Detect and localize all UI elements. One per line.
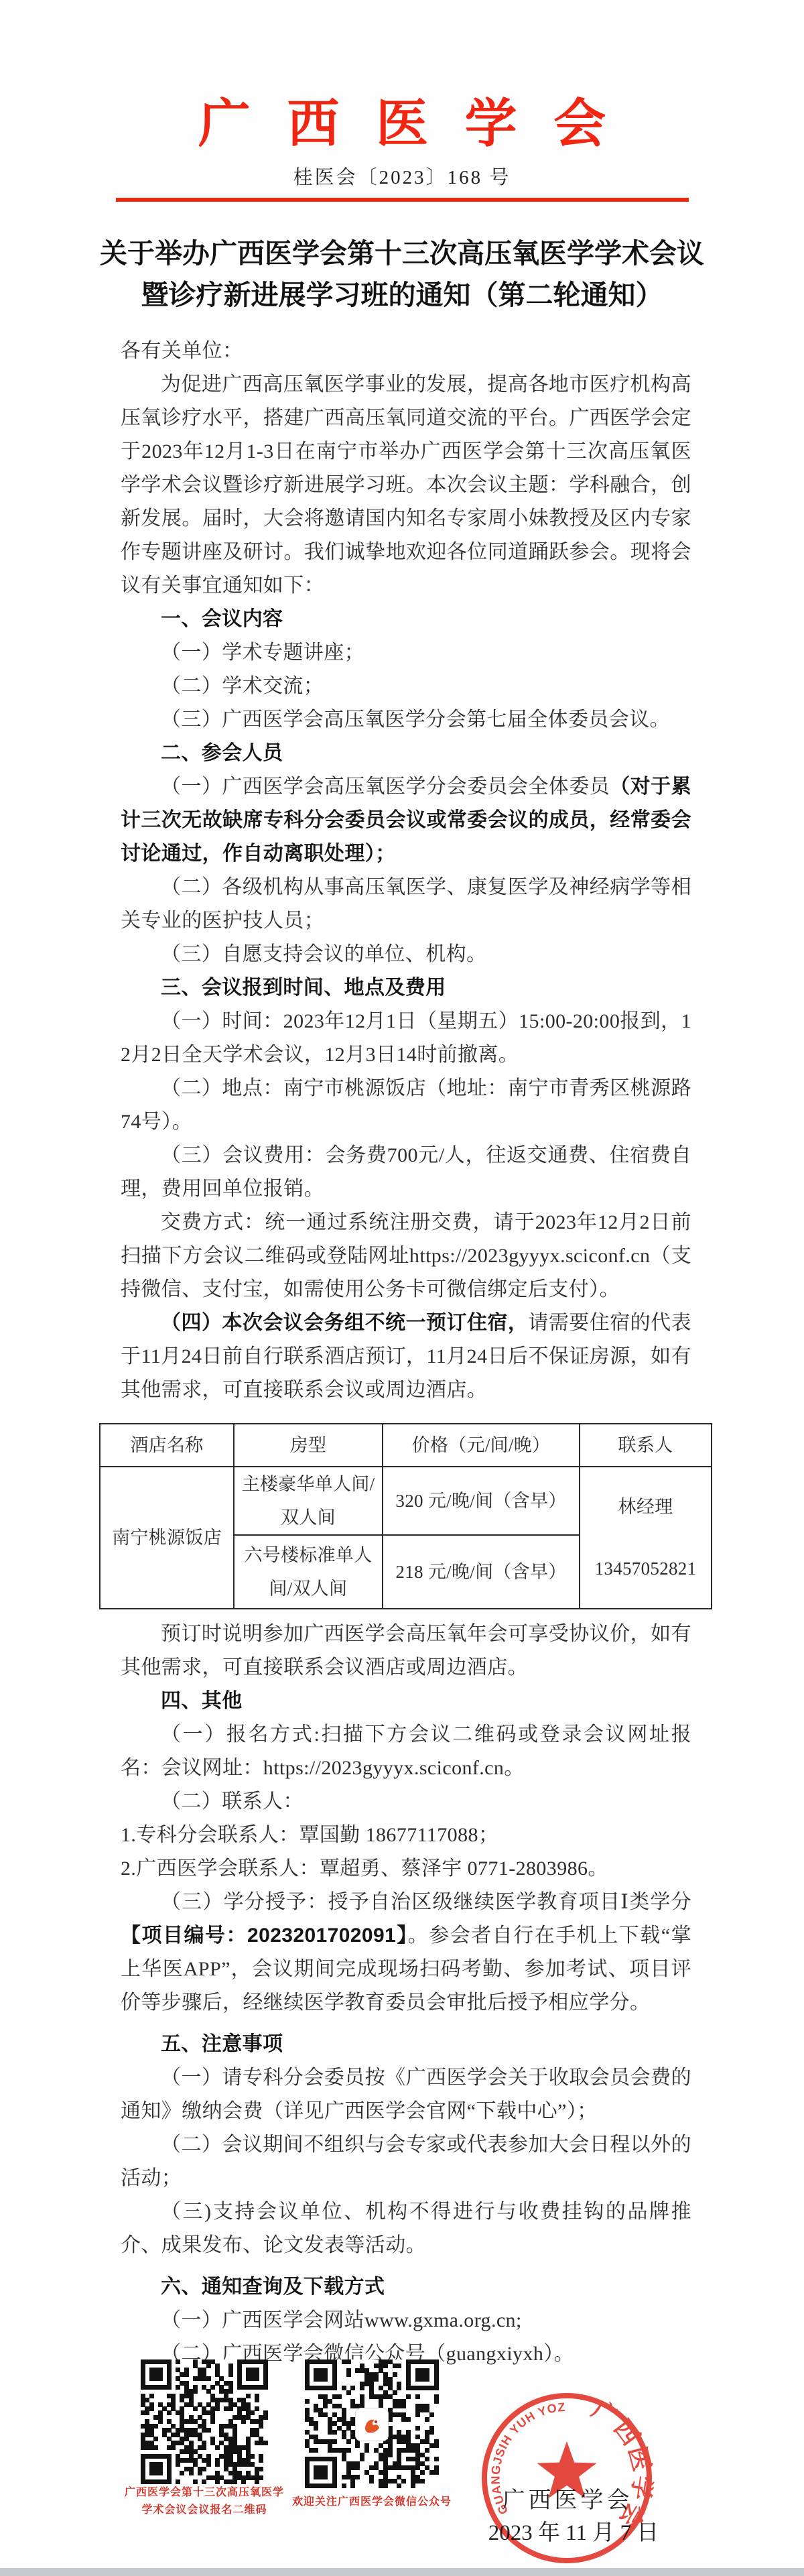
price-cell: 320 元/晚/间（含早） <box>383 1467 580 1535</box>
paragraph: 为促进广西高压氧医学事业的发展，提高各地市医疗机构高压氧诊疗水平，搭建广西高压氧… <box>121 368 691 603</box>
paragraph: （二）会议期间不组织与会专家或代表参加大会日程以外的活动； <box>121 2128 691 2195</box>
paragraph: （三）会议费用：会务费700元/人，往返交通费、住宿费自理，费用回单位报销。 <box>121 1139 691 1206</box>
paragraph: （三)支持会议单位、机构不得进行与收费挂钩的品牌推介、成果发布、论文发表等活动。 <box>121 2195 691 2262</box>
section-heading: 五、注意事项 <box>121 2028 691 2061</box>
hotel-name-cell: 南宁桃源饭店 <box>100 1467 234 1609</box>
text-run: 五、注意事项 <box>161 2033 283 2055</box>
document-body: 各有关单位：为促进广西高压氧医学事业的发展，提高各地市医疗机构高压氧诊疗水平，搭… <box>121 334 691 2371</box>
text-run: 2.广西医学会联系人：覃超勇、蔡泽宇 0771-2803986。 <box>121 1857 608 1880</box>
paragraph: （一）报名方式:扫描下方会议二维码或登录会议网址报名：会议网址：https://… <box>121 1718 691 1785</box>
bold-text-run: （四）本次会议会务组不统一预订住宿， <box>161 1312 528 1334</box>
text-run: （三)支持会议单位、机构不得进行与收费挂钩的品牌推介、成果发布、论文发表等活动。 <box>121 2201 691 2256</box>
text-run: （一）报名方式:扫描下方会议二维码或登录会议网址报名：会议网址：https://… <box>121 1723 691 1779</box>
text-run: （一）时间：2023年12月1日（星期五）15:00-20:00报到，12月2日… <box>121 1010 691 1066</box>
page-bottom-bar <box>0 2568 804 2576</box>
paragraph: 2.广西医学会联系人：覃超勇、蔡泽宇 0771-2803986。 <box>121 1852 691 1886</box>
text-run: （一）学术专题讲座； <box>161 641 364 664</box>
contact-cell: 林经理13457052821 <box>580 1467 712 1609</box>
text-run: 一、会议内容 <box>161 608 283 630</box>
stamp-star-icon <box>537 2441 596 2498</box>
paragraph: （二）学术交流； <box>121 670 691 703</box>
paragraph: （二）联系人： <box>121 1785 691 1819</box>
wechat-qr-caption: 欢迎关注广西医学会微信公众号 <box>271 2494 472 2511</box>
price-cell: 218 元/晚/间（含早） <box>383 1535 580 1609</box>
text-run: （三）自愿支持会议的单位、机构。 <box>161 943 486 965</box>
text-run: （三）学分授予：授予自治区级继续医学教育项目Ⅰ类学分 <box>161 1891 691 1913</box>
paragraph: （二）各级机构从事高压氧医学、康复医学及神经病学等相关专业的医护技人员； <box>121 871 691 938</box>
section-heading: 二、参会人员 <box>121 737 691 770</box>
text-run: 交费方式：统一通过系统注册交费，请于2023年12月2日前扫描下方会议二维码或登… <box>121 1211 691 1300</box>
notice-title-line2: 暨诊疗新进展学习班的通知（第二轮通知） <box>0 274 804 316</box>
paragraph: 预订时说明参加广西医学会高压氧年会可享受协议价，如有其他需求，可直接联系会议酒店… <box>121 1617 691 1684</box>
room-type-cell: 六号楼标准单人间/双人间 <box>234 1535 383 1609</box>
document-footer: 广西医学会第十三次高压氧医学 学术会议会议报名二维码 欢迎关注广西医学会微信公众… <box>0 2346 804 2576</box>
room-type-cell: 主楼豪华单人间/双人间 <box>234 1467 383 1535</box>
official-seal-stamp: GUANGJSIH YUH YOZVEI 广西医学会 <box>479 2390 655 2566</box>
letterhead-org-title: 广西医学会 <box>0 0 804 150</box>
paragraph: （三）学分授予：授予自治区级继续医学教育项目Ⅰ类学分【项目编号：20232017… <box>121 1886 691 2020</box>
table-header-cell: 酒店名称 <box>100 1424 234 1467</box>
paragraph: （一）请专科分会委员按《广西医学会关于收取会员会费的通知》缴纳会费（详见广西医学… <box>121 2061 691 2128</box>
paragraph: 1.专科分会联系人：覃国勤 18677117088； <box>121 1819 691 1852</box>
text-run: 三、会议报到时间、地点及费用 <box>161 977 446 999</box>
text-run: （一）广西医学会网站www.gxma.org.cn; <box>161 2309 522 2331</box>
text-run: （二）会议期间不组织与会专家或代表参加大会日程以外的活动； <box>121 2134 691 2189</box>
document-number: 桂医会〔2023〕168 号 <box>0 162 804 190</box>
paragraph: （一）广西医学会高压氧医学分会委员会全体委员（对于累计三次无故缺席专科分会委员会… <box>121 770 691 871</box>
paragraph: 交费方式：统一通过系统注册交费，请于2023年12月2日前扫描下方会议二维码或登… <box>121 1206 691 1306</box>
text-run: 四、其他 <box>161 1690 243 1712</box>
paragraph: （三）自愿支持会议的单位、机构。 <box>121 938 691 971</box>
notice-document-page: 广西医学会 桂医会〔2023〕168 号 关于举办广西医学会第十三次高压氧医学学… <box>0 0 804 2576</box>
paragraph: （一）时间：2023年12月1日（星期五）15:00-20:00报到，12月2日… <box>121 1005 691 1072</box>
text-run: （二）地点：南宁市桃源饭店（地址：南宁市青秀区桃源路74号）。 <box>121 1077 691 1133</box>
text-run: 1.专科分会联系人：覃国勤 18677117088； <box>121 1824 498 1846</box>
text-run: （二）学术交流； <box>161 675 324 697</box>
section-heading: 一、会议内容 <box>121 603 691 636</box>
text-run: （二）各级机构从事高压氧医学、康复医学及神经病学等相关专业的医护技人员； <box>121 876 691 932</box>
qr-center-logo-icon <box>355 2408 389 2441</box>
text-run: （一）请专科分会委员按《广西医学会关于收取会员会费的通知》缴纳会费（详见广西医学… <box>121 2067 691 2122</box>
text-run: 六、通知查询及下载方式 <box>161 2276 385 2298</box>
paragraph: 各有关单位： <box>121 334 691 368</box>
paragraph: （三）广西医学会高压氧医学分会第七届全体委员会议。 <box>121 703 691 737</box>
notice-title: 关于举办广西医学会第十三次高压氧医学学术会议 暨诊疗新进展学习班的通知（第二轮通… <box>0 233 804 316</box>
section-heading: 四、其他 <box>121 1684 691 1718</box>
text-run: （三）广西医学会高压氧医学分会第七届全体委员会议。 <box>161 709 670 731</box>
contact-phone: 13457052821 <box>580 1552 711 1585</box>
section-heading: 三、会议报到时间、地点及费用 <box>121 971 691 1005</box>
contact-name: 林经理 <box>580 1490 711 1524</box>
text-run: （三）会议费用：会务费700元/人，往返交通费、住宿费自理，费用回单位报销。 <box>121 1144 691 1200</box>
text-run: （一）广西医学会高压氧医学分会委员会全体委员 <box>161 776 610 798</box>
text-run: 预订时说明参加广西医学会高压氧年会可享受协议价，如有其他需求，可直接联系会议酒店… <box>121 1623 691 1678</box>
table-header-cell: 联系人 <box>580 1424 712 1467</box>
table-header-cell: 价格（元/间/晚） <box>383 1424 580 1467</box>
notice-title-line1: 关于举办广西医学会第十三次高压氧医学学术会议 <box>0 233 804 274</box>
paragraph: （一）学术专题讲座； <box>121 636 691 670</box>
text-run: 各有关单位： <box>121 340 243 362</box>
text-run: 二、参会人员 <box>161 742 283 764</box>
paragraph: （四）本次会议会务组不统一预订住宿，请需要住宿的代表于11月24日前自行联系酒店… <box>121 1306 691 1407</box>
section-heading: 六、通知查询及下载方式 <box>121 2270 691 2304</box>
registration-qr-code <box>141 2359 268 2484</box>
table-header-cell: 房型 <box>234 1424 383 1467</box>
text-run: （二）联系人： <box>161 1790 304 1813</box>
letterhead-red-rule <box>116 198 689 202</box>
text-run: 为促进广西高压氧医学事业的发展，提高各地市医疗机构高压氧诊疗水平，搭建广西高压氧… <box>121 373 691 597</box>
bold-text-run: 【项目编号：2023201702091】 <box>121 1924 408 1947</box>
paragraph: （一）广西医学会网站www.gxma.org.cn; <box>121 2304 691 2337</box>
paragraph: （二）地点：南宁市桃源饭店（地址：南宁市青秀区桃源路74号）。 <box>121 1072 691 1139</box>
hotel-table: 酒店名称房型价格（元/间/晚）联系人南宁桃源饭店主楼豪华单人间/双人间320 元… <box>99 1423 712 1609</box>
